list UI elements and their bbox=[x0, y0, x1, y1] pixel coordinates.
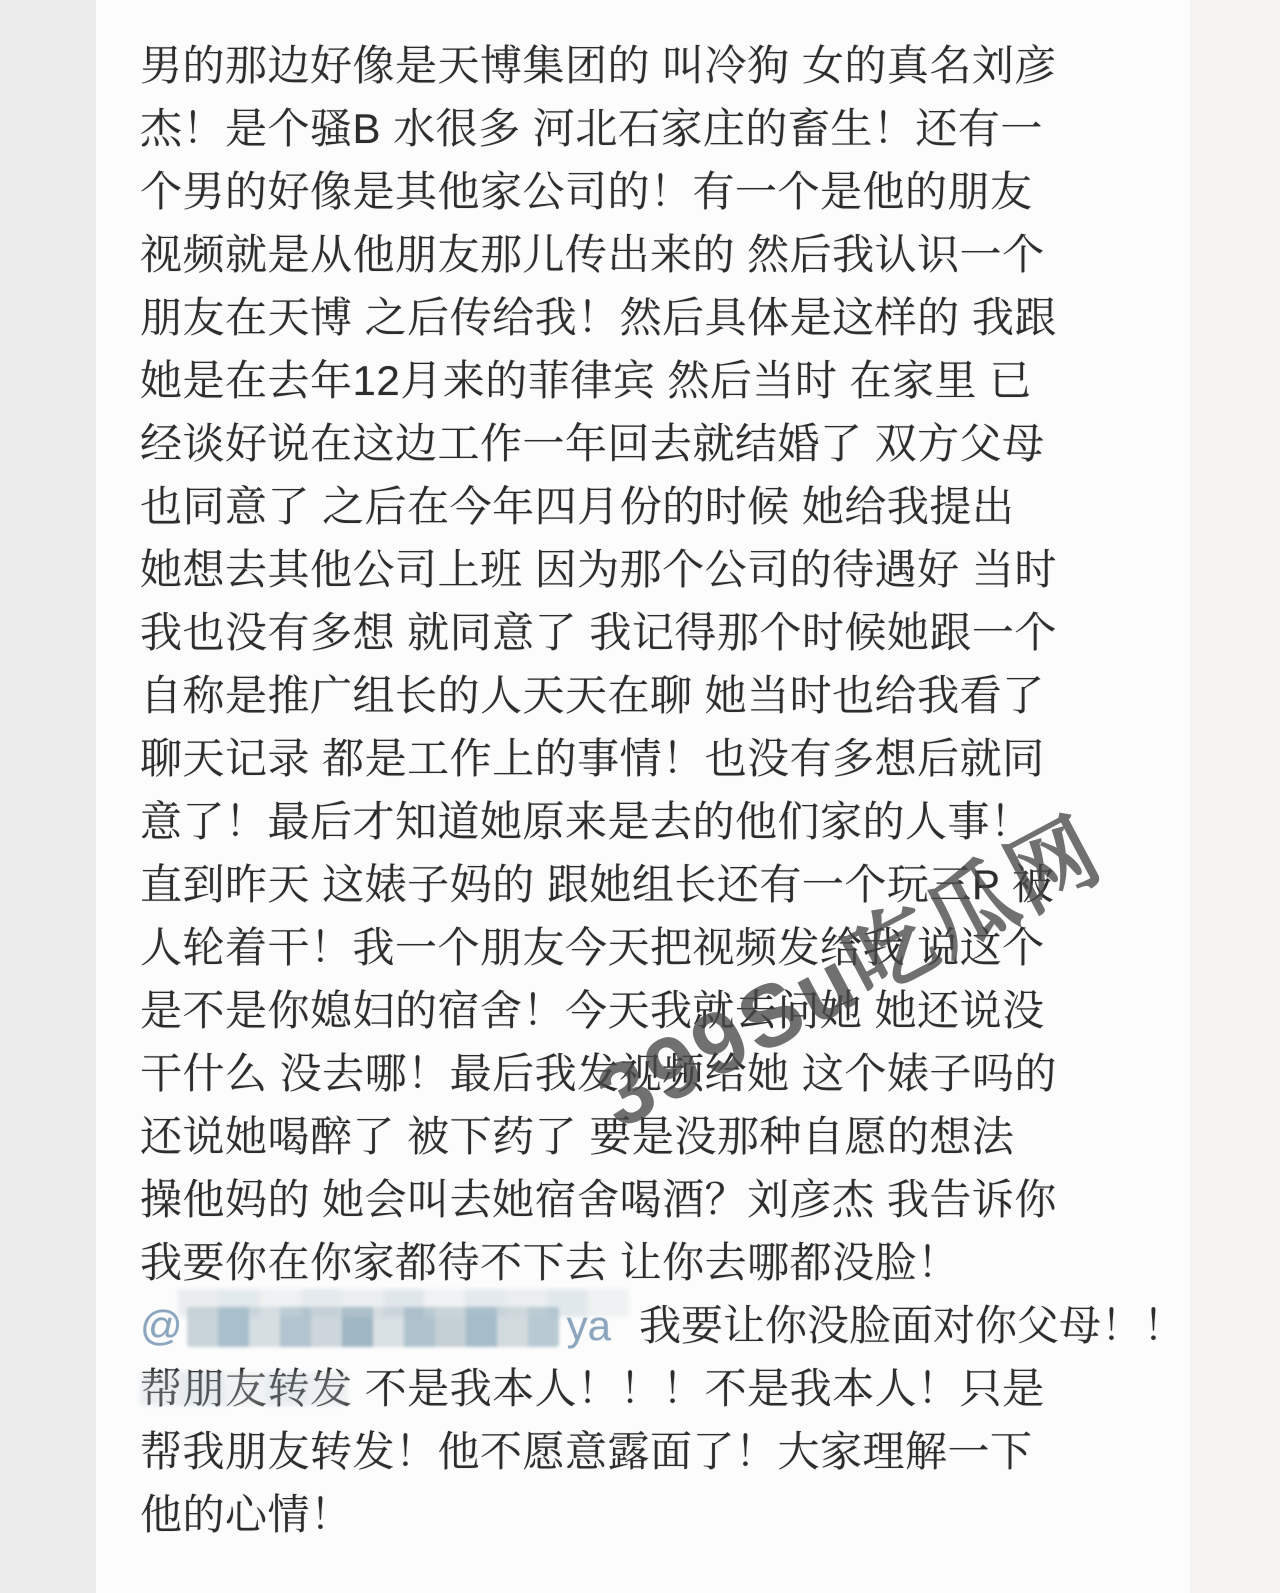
post-main-text: 男的那边好像是天博集团的 叫冷狗 女的真名刘彦 杰！是个骚B 水很多 河北石家庄… bbox=[140, 34, 1190, 1294]
post-screenshot: 男的那边好像是天博集团的 叫冷狗 女的真名刘彦 杰！是个骚B 水很多 河北石家庄… bbox=[0, 0, 1280, 1593]
right-margin bbox=[1190, 0, 1280, 1593]
mention-at-symbol[interactable]: @ bbox=[140, 1302, 183, 1349]
post-content: 男的那边好像是天博集团的 叫冷狗 女的真名刘彦 杰！是个骚B 水很多 河北石家庄… bbox=[96, 0, 1190, 1593]
mention-after-text: 我要让你没脸面对你父母！！！！ bbox=[639, 1302, 1269, 1349]
pixelation-artifact-upper bbox=[178, 1289, 630, 1317]
left-margin bbox=[0, 0, 96, 1593]
pixelation-artifact-lower bbox=[140, 1372, 348, 1406]
